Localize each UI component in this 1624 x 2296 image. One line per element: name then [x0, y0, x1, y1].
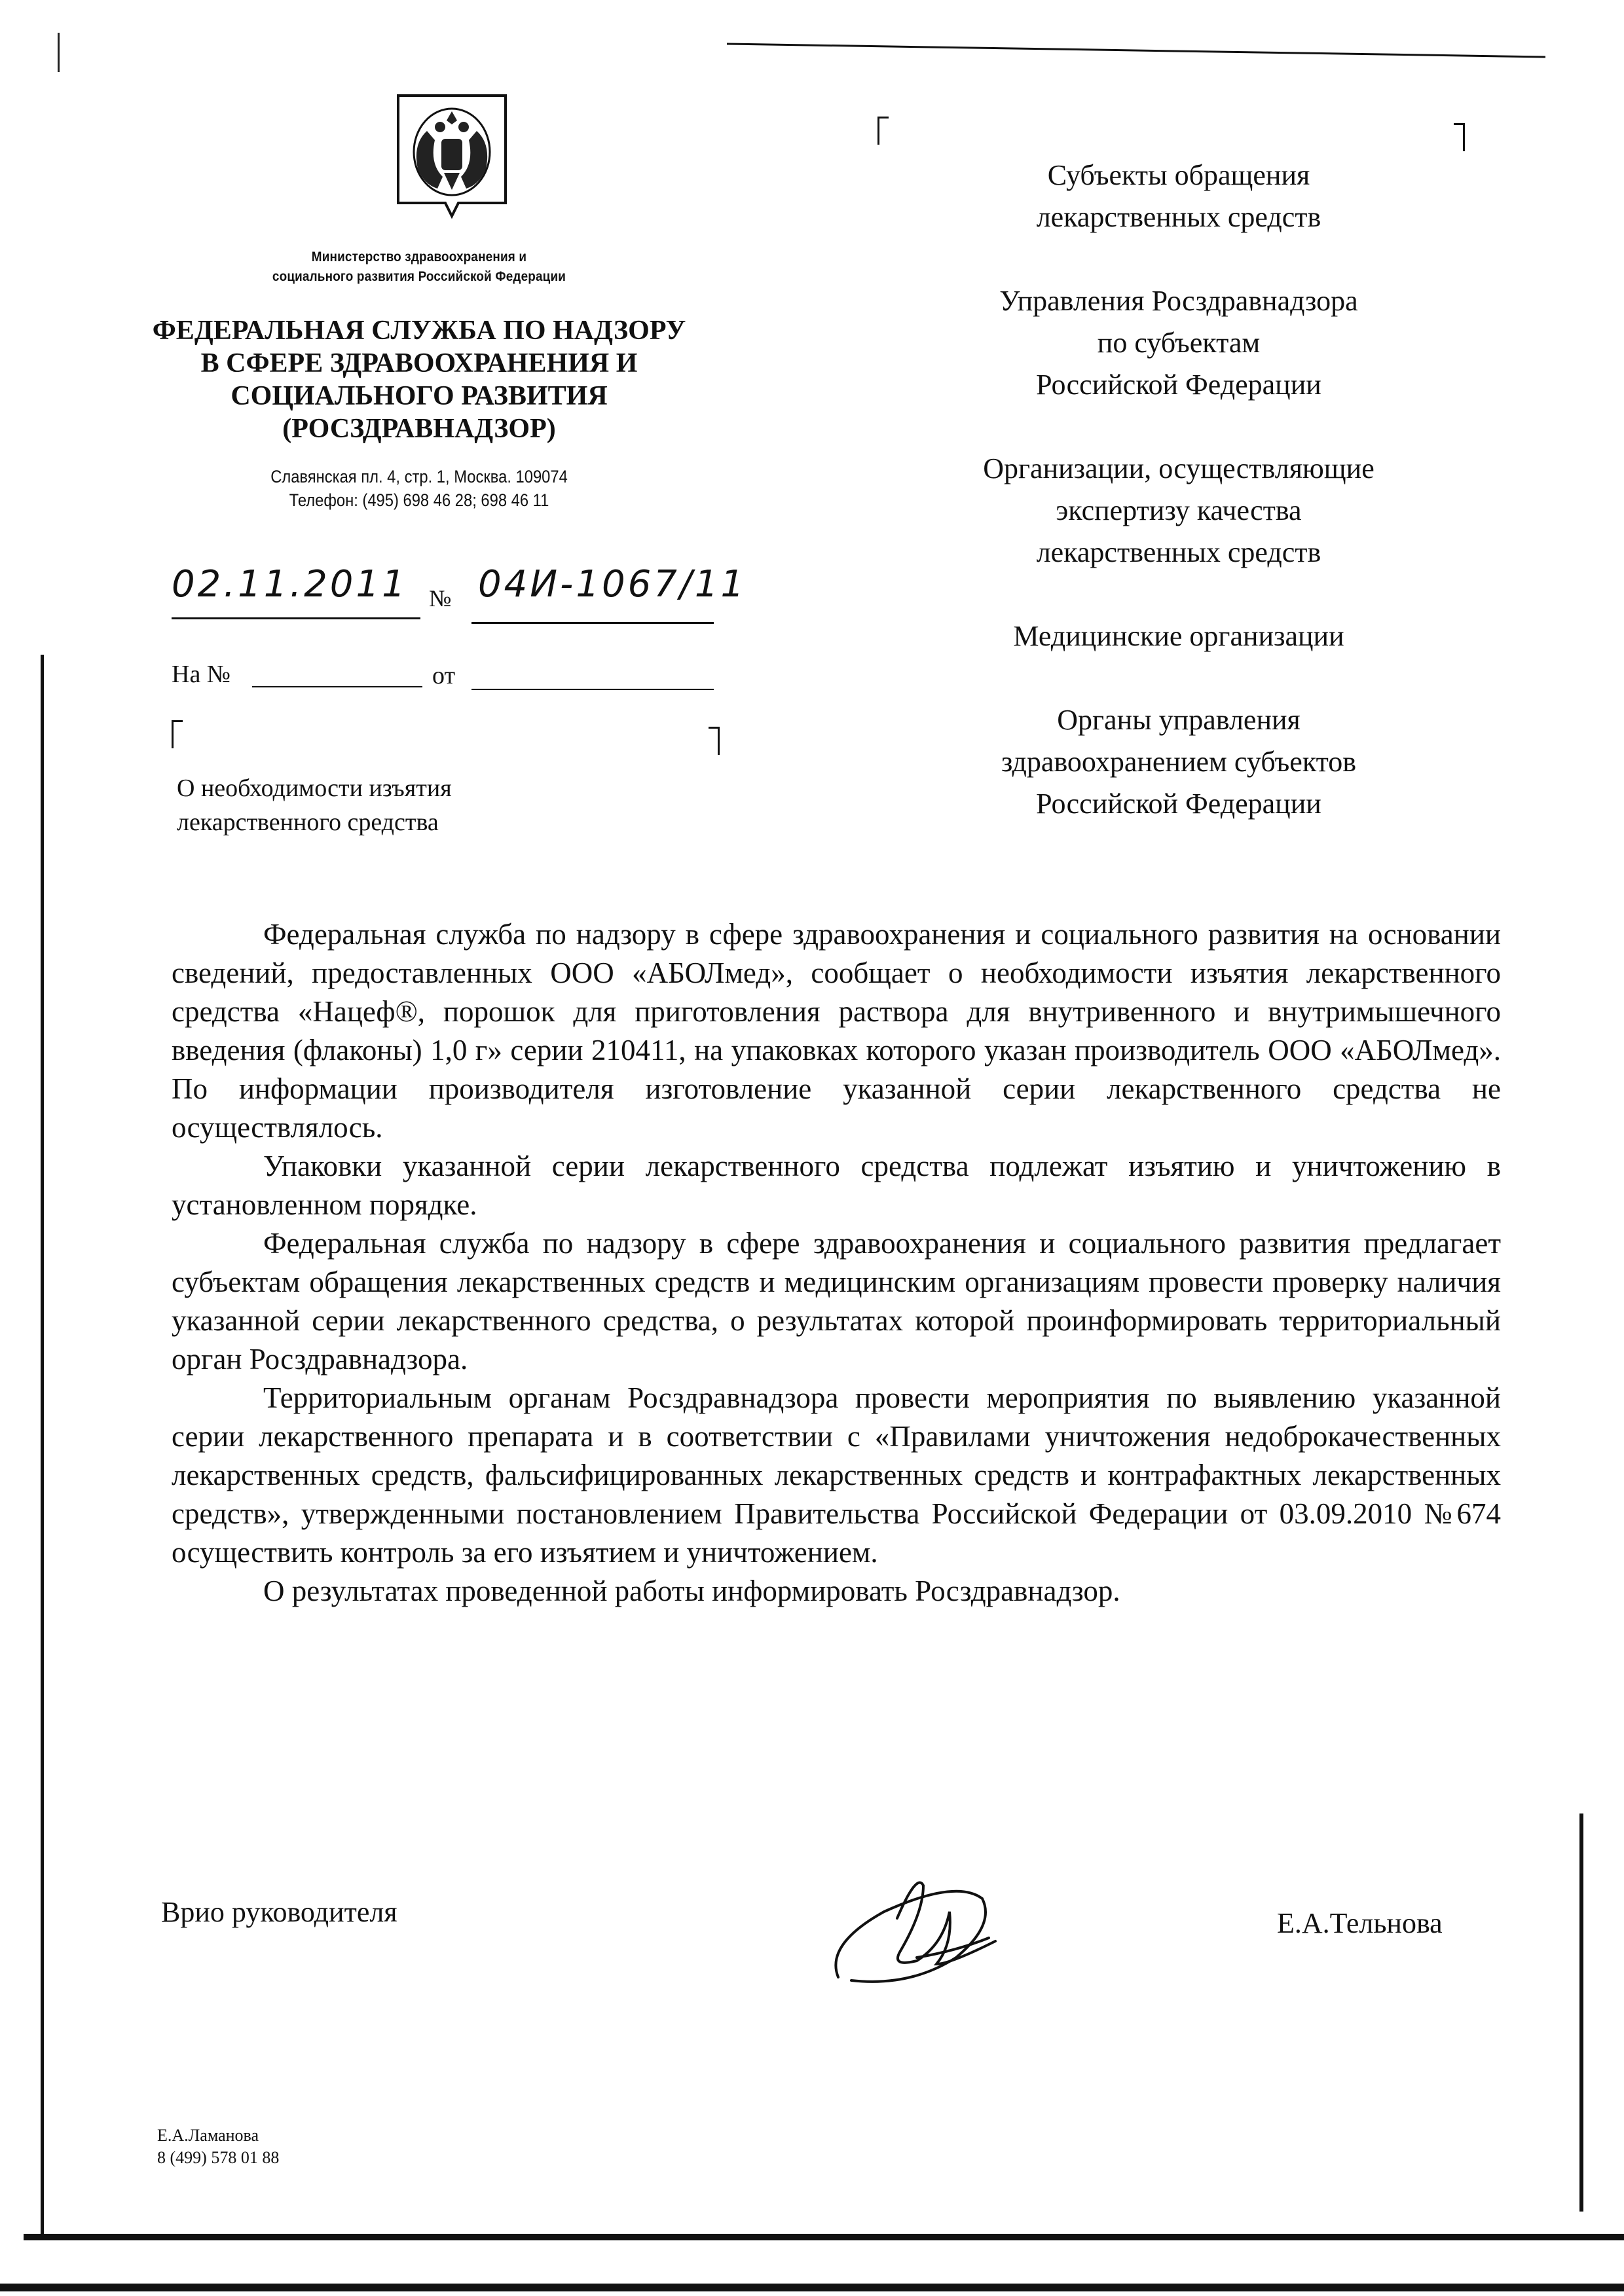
recipient-line: Российской Федерации — [904, 783, 1454, 825]
bracket-top-left — [172, 720, 183, 748]
scan-edge-mark — [58, 33, 60, 72]
subject-line-2: лекарственного средства — [177, 805, 452, 839]
reply-number-field — [252, 686, 422, 687]
recipient-line: Управления Росздравнадзора — [904, 280, 1454, 322]
recipient-line: лекарственных средств — [904, 532, 1454, 574]
number-label: № — [429, 585, 451, 612]
recipient-line: Российской Федерации — [904, 364, 1454, 406]
recipient-line: здравоохранением субъектов — [904, 741, 1454, 783]
agency-line-4: (РОСЗДРАВНАДЗОР) — [131, 412, 707, 445]
executor-phone: 8 (499) 578 01 88 — [157, 2147, 279, 2169]
body-paragraph: Федеральная служба по надзору в сфере зд… — [172, 1224, 1501, 1379]
recipient-bracket-left — [877, 117, 889, 145]
letter-body: Федеральная служба по надзору в сфере зд… — [172, 915, 1501, 1611]
agency-name: ФЕДЕРАЛЬНАЯ СЛУЖБА ПО НАДЗОРУ В СФЕРЕ ЗД… — [131, 314, 707, 445]
scan-frame-right — [1579, 1813, 1583, 2212]
date-underline — [172, 617, 420, 619]
bracket-top-right — [709, 727, 720, 755]
ministry-line-1: Министерство здравоохранения и — [189, 247, 649, 267]
recipients-block: Субъекты обращения лекарственных средств… — [904, 155, 1454, 867]
agency-phone: Телефон: (495) 698 46 28; 698 46 11 — [194, 488, 644, 512]
registration-date: 02.11.2011 — [172, 563, 408, 606]
ministry-name: Министерство здравоохранения и социально… — [189, 247, 649, 287]
ministry-line-2: социального развития Российской Федераци… — [189, 267, 649, 287]
russian-coat-of-arms-icon — [393, 92, 511, 229]
recipient-bracket-right — [1454, 123, 1465, 151]
recipient-line: Организации, осуществляющие — [904, 448, 1454, 490]
handwritten-signature-icon — [825, 1872, 1074, 1990]
agency-contacts: Славянская пл. 4, стр. 1, Москва. 109074… — [194, 465, 644, 512]
scan-frame-bottom — [24, 2234, 1624, 2240]
reply-from-label: от — [432, 661, 455, 690]
body-paragraph: О результатах проведенной работы информи… — [172, 1572, 1501, 1611]
recipient-line: Субъекты обращения — [904, 155, 1454, 196]
recipient-line: Органы управления — [904, 699, 1454, 741]
reply-number-label: На № — [172, 660, 231, 689]
scan-frame-left — [41, 655, 44, 2234]
signatory-name: Е.А.Тельнова — [1277, 1906, 1443, 1940]
registration-number: 04И-1067/11 — [478, 563, 747, 606]
recipient-line: по субъектам — [904, 322, 1454, 364]
subject-line-1: О необходимости изъятия — [177, 771, 452, 805]
body-paragraph: Территориальным органам Росздравнадзора … — [172, 1379, 1501, 1572]
letter-subject: О необходимости изъятия лекарственного с… — [177, 771, 452, 839]
body-paragraph: Упаковки указанной серии лекарственного … — [172, 1147, 1501, 1224]
recipient-group: Организации, осуществляющие экспертизу к… — [904, 448, 1454, 574]
scan-frame-bottom-outer — [0, 2284, 1624, 2291]
agency-line-2: В СФЕРЕ ЗДРАВООХРАНЕНИЯ И — [131, 347, 707, 380]
agency-line-1: ФЕДЕРАЛЬНАЯ СЛУЖБА ПО НАДЗОРУ — [131, 314, 707, 347]
executor-name: Е.А.Ламанова — [157, 2124, 279, 2147]
recipient-group: Медицинские организации — [904, 615, 1454, 657]
executor-info: Е.А.Ламанова 8 (499) 578 01 88 — [157, 2124, 279, 2169]
body-paragraph: Федеральная служба по надзору в сфере зд… — [172, 915, 1501, 1147]
recipient-group: Управления Росздравнадзора по субъектам … — [904, 280, 1454, 406]
signatory-title: Врио руководителя — [161, 1895, 397, 1929]
recipient-group: Субъекты обращения лекарственных средств — [904, 155, 1454, 238]
recipient-line: Медицинские организации — [904, 615, 1454, 657]
recipient-group: Органы управления здравоохранением субъе… — [904, 699, 1454, 825]
reply-date-field — [471, 689, 714, 690]
agency-line-3: СОЦИАЛЬНОГО РАЗВИТИЯ — [131, 380, 707, 412]
scan-artifact-line — [727, 41, 1545, 60]
recipient-line: экспертизу качества — [904, 490, 1454, 532]
recipient-line: лекарственных средств — [904, 196, 1454, 238]
agency-address: Славянская пл. 4, стр. 1, Москва. 109074 — [194, 465, 644, 488]
number-underline — [471, 622, 714, 624]
